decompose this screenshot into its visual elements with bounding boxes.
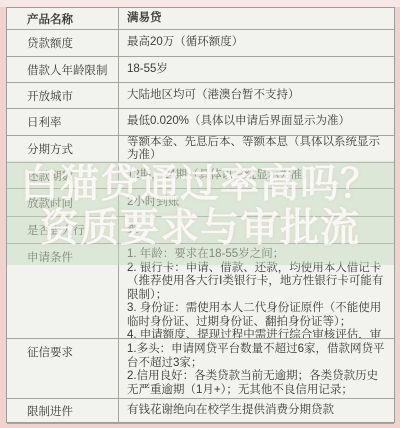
page-top-strip — [0, 0, 400, 7]
row-label: 放款时间 — [7, 189, 119, 216]
table-row: 征信要求1.多头：申请网贷平台数量不超过6家，借款网贷平台不超过3家； 2.信用… — [7, 339, 394, 399]
row-value: 有钱花谢绝向在校学生提供消费分期贷款 — [119, 402, 394, 420]
row-value: 1. 年龄：要求在18-55岁之间； 2. 银行卡：申请、借款、还款，均使用本人… — [119, 244, 394, 339]
row-label: 征信要求 — [7, 339, 119, 398]
row-value: 等额本金、先息后本、等额本息（具体以系统显示为准） — [119, 136, 394, 163]
row-value: 最高20万（循环额度） — [119, 34, 394, 52]
row-value: 满易贷 — [119, 10, 394, 28]
row-label: 开放城市 — [7, 83, 119, 108]
row-label: 分期方式 — [7, 136, 119, 162]
table-row: 放款时间2小时到账 — [7, 189, 394, 217]
row-label: 贷款额度 — [7, 30, 119, 56]
row-label: 还款期数 — [7, 163, 119, 188]
loan-product-table-page: { "watermark": { "text": "白猫贷通过率高吗？\n资质要… — [0, 0, 400, 428]
table-row: 日利率最低0.020%（具体以申请后界面显示为准） — [7, 109, 394, 136]
table-row: 还款期数12期，24期（具体以系统显示为准） — [7, 163, 394, 189]
table-row: 是否查人行查 — [7, 217, 394, 244]
row-value: 12期，24期（具体以系统显示为准） — [119, 167, 394, 185]
row-label: 申请条件 — [7, 244, 119, 338]
row-label: 是否查人行 — [7, 217, 119, 243]
table-row: 限制进件有钱花谢绝向在校学生提供消费分期贷款 — [7, 399, 394, 424]
product-table: 产品名称满易贷贷款额度最高20万（循环额度）借款人年龄限制18-55岁开放城市大… — [6, 7, 395, 423]
row-value: 1.多头：申请网贷平台数量不超过6家，借款网贷平台不超过3家； 2.信用良好：各… — [119, 339, 394, 399]
row-value: 大陆地区均可（港澳台暂不支持） — [119, 87, 394, 105]
row-label: 借款人年龄限制 — [7, 57, 119, 82]
table-row: 申请条件1. 年龄：要求在18-55岁之间； 2. 银行卡：申请、借款、还款，均… — [7, 244, 394, 339]
table-row: 借款人年龄限制18-55岁 — [7, 57, 394, 83]
row-label: 日利率 — [7, 109, 119, 135]
table-row: 分期方式等额本金、先息后本、等额本息（具体以系统显示为准） — [7, 136, 394, 163]
table-row: 开放城市大陆地区均可（港澳台暂不支持） — [7, 83, 394, 109]
table-row: 贷款额度最高20万（循环额度） — [7, 30, 394, 57]
row-value: 18-55岁 — [119, 61, 394, 79]
row-value: 查 — [119, 221, 394, 239]
row-label: 产品名称 — [7, 8, 119, 29]
row-value: 最低0.020%（具体以申请后界面显示为准） — [119, 113, 394, 131]
table-row: 产品名称满易贷 — [7, 8, 394, 30]
row-value: 2小时到账 — [119, 194, 394, 212]
row-label: 限制进件 — [7, 399, 119, 423]
